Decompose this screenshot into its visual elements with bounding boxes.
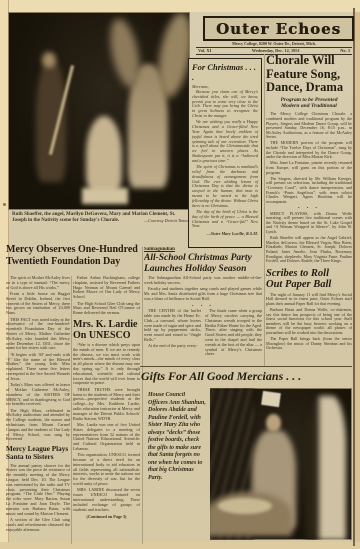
paragraph: From a little house on Baggot Street in … — [6, 292, 70, 316]
lardie-headline: Mrs. K. Lardie On UNESCO — [73, 319, 140, 341]
joseph-figure — [36, 60, 66, 182]
column-rule — [71, 276, 72, 544]
paragraph: MRS. LARDIE discussed the seven issues U… — [73, 488, 140, 512]
paragraph: THESE TRUTHS were brought home to the st… — [73, 388, 140, 422]
all-school-kicker: Salmagundian — [144, 247, 262, 252]
paragraph: We are wishing you really a Happy Christ… — [192, 120, 258, 163]
foundation-col2: Father Arthur Buckingham, college chapla… — [73, 276, 140, 544]
chorale-body: The Mercy College Christmas Chorale, a c… — [266, 112, 352, 263]
paragraph: The High Mass, celebrated in McAuley aud… — [6, 409, 70, 443]
league-body: The annual pantry shower for the Sisters… — [6, 464, 70, 533]
paragraph: THE MODERN portion of the program will i… — [266, 141, 352, 159]
paper-margin-top — [0, 0, 360, 12]
nativity-caption: Ruth Shaeffer, the angel, Marilyn DeGuve… — [12, 212, 188, 236]
foundation-headline: Mercy Observes One-Hundred Twentieth Fou… — [6, 244, 142, 267]
paragraph: The Paper Ball brings back (from the sen… — [266, 337, 352, 351]
column-rule — [264, 54, 265, 366]
foundation-body-1: The spirit of Mother McAuley lives on in… — [6, 276, 70, 442]
newspaper-page: Ruth Shaeffer, the angel, Marilyn DeGuve… — [0, 0, 360, 549]
crib — [82, 188, 128, 204]
paragraph: The annual pantry shower for the Sisters… — [6, 464, 70, 517]
paragraph: The Singers, directed by Mr. William Kre… — [266, 177, 352, 205]
paragraph: Miss Janet La Fontaine, pianist recently… — [266, 161, 352, 175]
paper-edge-right — [353, 8, 355, 546]
paragraph: Because you claim one of Mercy's cherish… — [192, 90, 258, 119]
section-separator: • • • — [266, 206, 352, 211]
section-separator: • • • — [144, 303, 262, 308]
paragraph: The Salmagundian All-School party was an… — [144, 276, 262, 286]
paragraph: Barbara Brian and Donna Wolfe, co-chairm… — [266, 308, 352, 336]
paragraph: The finale came when a group of Mercy ca… — [205, 309, 262, 357]
lardie-body: “War is a disease which preys upon the m… — [73, 343, 140, 512]
gift-card — [261, 391, 281, 407]
continued-notice: (Continued on Page 3) — [73, 514, 140, 519]
paragraph: MERCY PLAYERS, with Donna Wolfe narratin… — [266, 212, 352, 235]
for-christmas-body: Because you claim one of Mercy's cherish… — [192, 90, 258, 229]
nativity-caption-credit: —Courtesy Detroit Times — [144, 218, 188, 224]
paragraph: Mrs. Lardie was one of five United State… — [73, 423, 140, 452]
paragraph: Father Arthur Buckingham, college chapla… — [73, 276, 140, 300]
for-christmas-box: For Christmas . . . . Mercians, Because … — [188, 58, 262, 248]
all-school-lead: The Salmagundian All-School party was an… — [144, 276, 262, 302]
masthead-number: No. 3 — [340, 48, 350, 53]
nativity-photo — [8, 12, 190, 210]
paper-blemish — [3, 203, 6, 206]
joseph-face — [42, 52, 56, 68]
section-rule — [140, 366, 352, 367]
scribes-body: The night of January 11 will find Mercy'… — [266, 293, 352, 351]
paragraph: “It begins with ‘M’ and ends with ‘Y’ li… — [6, 353, 70, 382]
column-rule — [142, 247, 143, 544]
masthead-date: Wednesday, Dec. 12, 1951 — [252, 48, 300, 53]
paragraph: The spirit of Christmas is mankind's rel… — [192, 165, 258, 208]
paragraph: THIS FACT was noted today at the observa… — [6, 318, 70, 352]
all-school-col2: The finale came when a group of Mercy ca… — [205, 309, 262, 361]
chorale-headline: Chorale Will Feature Song, Dance, Drama — [266, 54, 352, 95]
paragraph: The day of the birth of Christ is the da… — [192, 210, 258, 229]
masthead-address: Mercy College, 8200 W. Outer Dr., Detroi… — [196, 41, 352, 46]
foundation-col1: The spirit of Mother McAuley lives on in… — [6, 276, 70, 544]
paragraph: The Mercy College Christmas Chorale, a c… — [266, 112, 352, 140]
food-platter — [218, 498, 272, 514]
christmas-party-photo — [210, 388, 352, 540]
paragraph: THE CENTER of the buffet table was made … — [144, 309, 201, 343]
gifts-headline: Gifts For All Good Mercians . . . — [141, 369, 317, 384]
chorale-article: Chorale Will Feature Song, Dance, Drama … — [266, 54, 352, 368]
all-school-col1: THE CENTER of the buffet table was made … — [144, 309, 201, 361]
all-school-columns: THE CENTER of the buffet table was made … — [144, 309, 262, 361]
masthead-volume: Vol. XI — [198, 48, 211, 53]
paragraph: “War is a disease which preys upon the m… — [73, 343, 140, 386]
paragraph: Faculty and students together sang carol… — [144, 287, 262, 301]
scribes-headline: Scribes to Roll Out Paper Ball — [266, 268, 352, 291]
paragraph: Ruth Shaeffer will appear as the Angel G… — [266, 236, 352, 264]
for-christmas-title: For Christmas . . . . — [192, 62, 258, 82]
paragraph: The spirit of Mother McAuley lives on in… — [6, 276, 70, 290]
paragraph: The High School Glee Club sang the Mass … — [73, 302, 140, 316]
paragraph: Today's Mass was offered in honor of Mot… — [6, 383, 70, 407]
nun-figure — [306, 396, 346, 540]
chorale-subhead: Program to be Presented Modern and Tradi… — [266, 97, 352, 110]
mary-figure — [86, 116, 122, 194]
foundation-body-2: Father Arthur Buckingham, college chapla… — [73, 276, 140, 316]
party-photo-caption: House Council Officers Ann Shanhun, Dolo… — [148, 392, 206, 544]
paragraph: At the end of the party every- — [144, 344, 201, 349]
for-christmas-signature: —Sister Mary Lucille, R.S.M. — [192, 231, 258, 236]
paragraph: This organization, UNESCO, formed becaus… — [73, 453, 140, 487]
all-school-article: Salmagundian All-School Christmas Party … — [144, 247, 262, 367]
paragraph: A section of the Glee Club sang carols a… — [6, 518, 70, 532]
masthead-box: Outer Echoes — [203, 16, 354, 41]
all-school-headline: All-School Christmas Party Launches Holi… — [144, 253, 262, 274]
paragraph: The night of January 11 will find Mercy'… — [266, 293, 352, 307]
masthead-title: Outer Echoes — [216, 20, 341, 38]
league-headline: Mercy League Plays Santa to Sisters — [6, 445, 70, 461]
